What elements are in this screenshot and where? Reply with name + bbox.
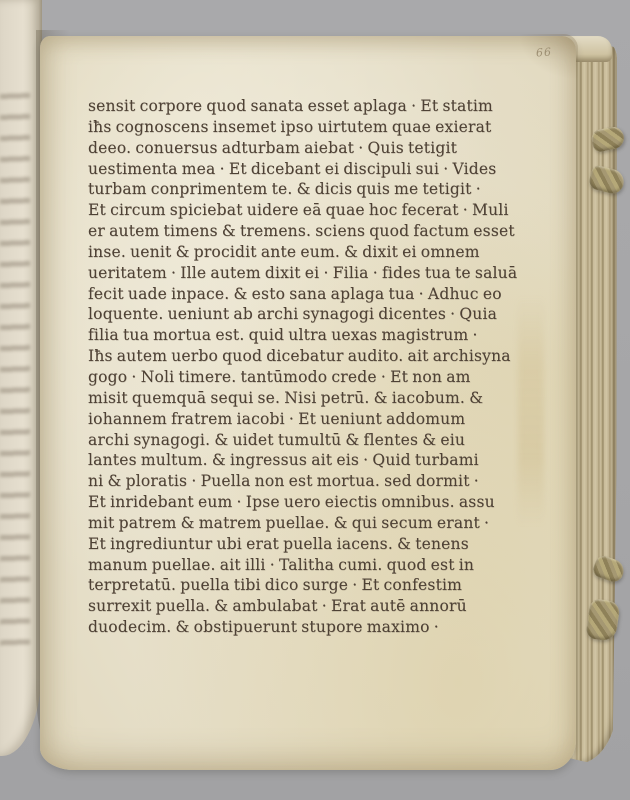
text-line: iħs cognoscens insemet ipso uirtutem qua…: [88, 117, 532, 138]
text-line: mit patrem & matrem puellae. & qui secum…: [88, 513, 532, 534]
text-line: ueritatem · Ille autem dixit ei · Filia …: [88, 263, 532, 284]
text-line: Et inridebant eum · Ipse uero eiectis om…: [88, 492, 532, 513]
text-line: archi synagogi. & uidet tumultū & flente…: [88, 430, 532, 451]
folio-number: 66: [536, 45, 553, 59]
text-line: fecit uade inpace. & esto sana aplaga tu…: [88, 284, 532, 305]
text-line: manum puellae. ait illi · Talitha cumi. …: [88, 555, 532, 576]
text-line: deeo. conuersus adturbam aiebat · Quis t…: [88, 138, 532, 159]
text-line: gogo · Noli timere. tantūmodo crede · Et…: [88, 367, 532, 388]
facing-page-text-showthrough: [0, 88, 30, 653]
text-line: loquente. ueniunt ab archi synagogi dice…: [88, 304, 532, 325]
text-line: er autem timens & tremens. sciens quod f…: [88, 221, 532, 242]
text-line: turbam conprimentem te. & dicis quis me …: [88, 179, 532, 200]
text-line: misit quemquā sequi se. Nisi petrū. & ia…: [88, 388, 532, 409]
text-line: terpretatū. puella tibi dico surge · Et …: [88, 575, 532, 596]
text-line: Iħs autem uerbo quod dicebatur audito. a…: [88, 346, 532, 367]
text-line: iohannem fratrem iacobi · Et ueniunt add…: [88, 409, 532, 430]
photo-background: 66 sensit corpore quod sanata esset apla…: [0, 0, 630, 800]
text-line: Et circum spiciebat uidere eā quae hoc f…: [88, 200, 532, 221]
clasp-tie-bottom-lower: [585, 598, 620, 642]
text-line: Et ingrediuntur ubi erat puella iacens. …: [88, 534, 532, 555]
text-line: inse. uenit & procidit ante eum. & dixit…: [88, 242, 532, 263]
text-line: filia tua mortua est. quid ultra uexas m…: [88, 325, 532, 346]
text-line: surrexit puella. & ambulabat · Erat autē…: [88, 596, 532, 617]
text-block: sensit corpore quod sanata esset aplaga …: [88, 96, 532, 638]
text-line: ni & ploratis · Puella non est mortua. s…: [88, 471, 532, 492]
text-line: uestimenta mea · Et dicebant ei discipul…: [88, 159, 532, 180]
text-line: sensit corpore quod sanata esset aplaga …: [88, 96, 532, 117]
text-line: lantes multum. & ingressus ait eis · Qui…: [88, 450, 532, 471]
text-line: duodecim. & obstipuerunt stupore maximo …: [88, 617, 532, 638]
